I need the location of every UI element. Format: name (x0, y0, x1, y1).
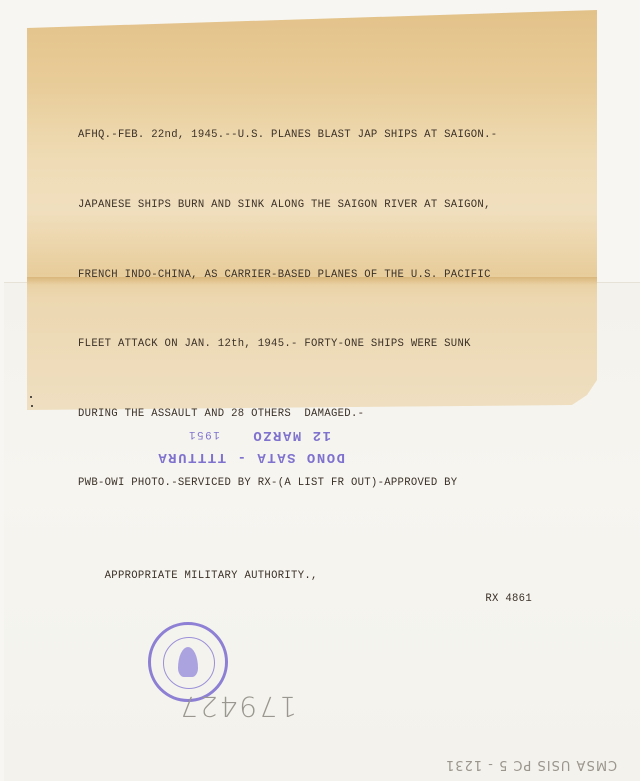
stamp-line-1: DONO SATA - TTTTURA (105, 446, 345, 468)
stamp-date: 12 MARZO (252, 427, 331, 443)
reference-number: RX 4861 (485, 588, 532, 611)
caption-line: FLEET ATTACK ON JAN. 12th, 1945.- FORTY-… (78, 333, 548, 356)
caption-line: PWB-OWI PHOTO.-SERVICED BY RX-(A LIST FR… (78, 472, 548, 495)
stamp-year: 1951 (187, 428, 241, 440)
caption-line-last: APPROPRIATE MILITARY AUTHORITY., RX 4861 (78, 542, 548, 635)
caption-line: APPROPRIATE MILITARY AUTHORITY., (105, 570, 318, 582)
stamp-line-2: 12 MARZO 1951 (105, 423, 345, 446)
speck (31, 405, 33, 407)
pencil-reference: CMSA USIS PC 5 - 1231 (445, 757, 617, 772)
caption-line: AFHQ.-FEB. 22nd, 1945.--U.S. PLANES BLAS… (78, 124, 548, 147)
pencil-inventory-number: 179427 (178, 690, 297, 723)
typed-caption: AFHQ.-FEB. 22nd, 1945.--U.S. PLANES BLAS… (78, 78, 548, 658)
caption-line: JAPANESE SHIPS BURN AND SINK ALONG THE S… (78, 194, 548, 217)
ink-stamp: DONO SATA - TTTTURA 12 MARZO 1951 (105, 408, 345, 468)
caption-line: FRENCH INDO-CHINA, AS CARRIER-BASED PLAN… (78, 264, 548, 287)
speck (30, 396, 32, 398)
